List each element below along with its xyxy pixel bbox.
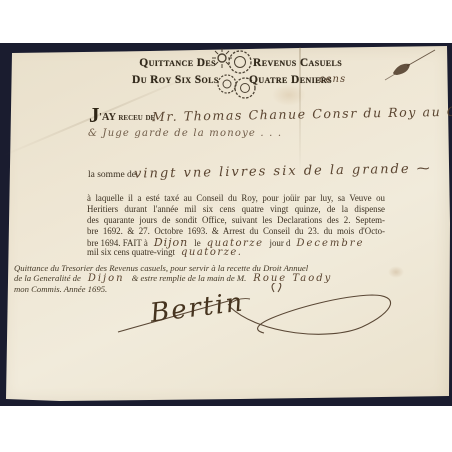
sunburst-rosette-icon bbox=[212, 46, 256, 102]
year-line: mil six cens quatre-vingt quatorze. bbox=[87, 247, 243, 258]
page-background: Quittance Des Revenus Casuels Du Roy Six… bbox=[0, 0, 452, 452]
payer-handwriting: Mr. Thomas Chanue Consr du Roy au Consei… bbox=[152, 103, 452, 124]
ink-blot-doodle-icon bbox=[383, 46, 441, 84]
handwritten-note-cens: cens bbox=[319, 74, 346, 85]
stamp-header-line1-right: Revenus Casuels bbox=[253, 57, 342, 69]
footer-line2-suffix: & estre remplie de la main de M. bbox=[132, 273, 247, 283]
year-printed: mil six cens quatre-vingt bbox=[87, 247, 175, 257]
paragraph-line: des quarante jours de sondit Office, sui… bbox=[87, 215, 385, 226]
fait-printed-jour: jour d bbox=[270, 238, 291, 248]
year-handwriting: quatorze. bbox=[181, 247, 243, 258]
stamp-header-line2-left: Du Roy Six Sols bbox=[132, 74, 216, 86]
sum-handwriting: vingt vne livres six de la grande ⁓ bbox=[134, 161, 432, 181]
paragraph-line: Heritiers durant l'année mil six cens qu… bbox=[87, 204, 385, 215]
paragraph-line: à laquelle il a esté taxé au Conseil du … bbox=[87, 193, 385, 204]
drop-capital-j: J bbox=[89, 108, 100, 122]
sum-label: la somme de bbox=[88, 170, 136, 180]
document-layer: Quittance Des Revenus Casuels Du Roy Six… bbox=[0, 0, 452, 452]
footer-line3: mon Commis. Année 1695. bbox=[14, 284, 107, 294]
receipt-intro-text: 'AY receu de bbox=[99, 112, 155, 123]
footer-line2-prefix: de la Generalité de bbox=[14, 273, 81, 283]
ink-stain bbox=[388, 266, 404, 278]
signature-flourish bbox=[100, 283, 430, 351]
footer-line1: Quittance du Tresorier des Revenus casue… bbox=[14, 263, 308, 273]
fait-month-handwriting: Decembre bbox=[296, 238, 364, 249]
office-handwriting: & Juge garde de la monoye . . . bbox=[88, 128, 282, 139]
ink-stain bbox=[272, 84, 306, 106]
stamp-header-line1-left: Quittance Des bbox=[136, 57, 216, 69]
